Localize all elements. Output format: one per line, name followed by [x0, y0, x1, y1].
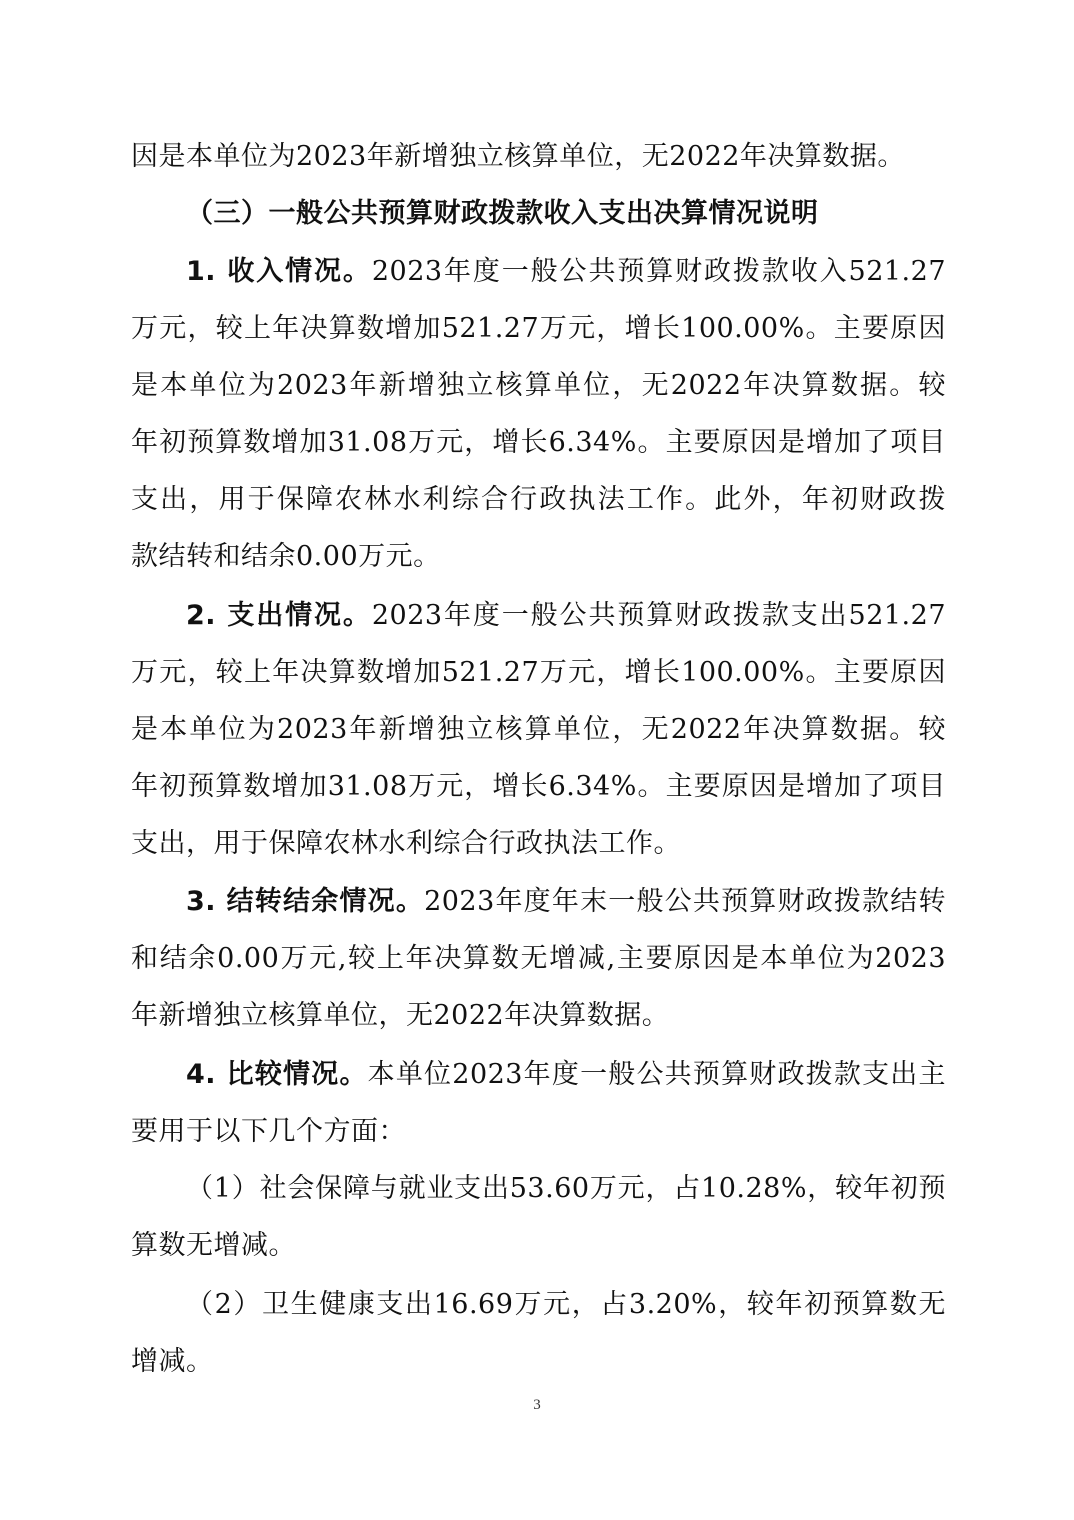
paragraph-income-line-5: 支出，用于保障农林水利综合行政执法工作。此外，年初财政拨 [131, 482, 946, 518]
document-page: 因是本单位为2023年新增独立核算单位，无2022年决算数据。 （三）一般公共预… [0, 0, 1074, 1520]
paragraph-comparison-line-1: 4. 比较情况。本单位2023年度一般公共预算财政拨款支出主 [186, 1057, 946, 1093]
paragraph-label: 1. 收入情况。 [186, 256, 372, 287]
paragraph-expenditure-line-3: 是本单位为2023年新增独立核算单位，无2022年决算数据。较 [131, 712, 946, 748]
paragraph-carryover-line-1: 3. 结转结余情况。2023年度年末一般公共预算财政拨款结转 [186, 884, 946, 920]
paragraph-expenditure-line-1: 2. 支出情况。2023年度一般公共预算财政拨款支出521.27 [186, 598, 946, 634]
paragraph-income-line-2: 万元，较上年决算数增加521.27万元，增长100.00%。主要原因 [131, 311, 946, 347]
item-social-security-line-1: （1）社会保障与就业支出53.60万元，占10.28%，较年初预 [186, 1171, 946, 1207]
item-health-line-2: 增减。 [131, 1344, 214, 1380]
paragraph-carryover-line-3: 年新增独立核算单位，无2022年决算数据。 [131, 998, 669, 1034]
paragraph-expenditure-line-5: 支出，用于保障农林水利综合行政执法工作。 [131, 826, 681, 862]
paragraph-comparison-line-2: 要用于以下几个方面： [131, 1114, 406, 1150]
paragraph-label: 3. 结转结余情况。 [186, 886, 424, 917]
paragraph-label: 2. 支出情况。 [186, 600, 372, 631]
paragraph-income-line-4: 年初预算数增加31.08万元，增长6.34%。主要原因是增加了项目 [131, 425, 946, 461]
paragraph-income-line-1: 1. 收入情况。2023年度一般公共预算财政拨款收入521.27 [186, 254, 946, 290]
page-number: 3 [0, 1397, 1074, 1414]
paragraph-text: 2023年度一般公共预算财政拨款支出521.27 [372, 600, 946, 631]
paragraph-expenditure-line-4: 年初预算数增加31.08万元，增长6.34%。主要原因是增加了项目 [131, 769, 946, 805]
paragraph-carryover-line-2: 和结余0.00万元,较上年决算数无增减,主要原因是本单位为2023 [131, 941, 946, 977]
paragraph-expenditure-line-2: 万元，较上年决算数增加521.27万元，增长100.00%。主要原因 [131, 655, 946, 691]
section-heading: （三）一般公共预算财政拨款收入支出决算情况说明 [186, 196, 819, 232]
paragraph-income-line-6: 款结转和结余0.00万元。 [131, 539, 441, 575]
carryover-line: 因是本单位为2023年新增独立核算单位，无2022年决算数据。 [131, 139, 905, 175]
paragraph-label: 4. 比较情况。 [186, 1059, 368, 1090]
paragraph-text: 本单位2023年度一般公共预算财政拨款支出主 [368, 1059, 946, 1090]
paragraph-text: 2023年度一般公共预算财政拨款收入521.27 [372, 256, 946, 287]
paragraph-income-line-3: 是本单位为2023年新增独立核算单位，无2022年决算数据。较 [131, 368, 946, 404]
item-health-line-1: （2）卫生健康支出16.69万元，占3.20%，较年初预算数无 [186, 1287, 946, 1323]
paragraph-text: 2023年度年末一般公共预算财政拨款结转 [424, 886, 946, 917]
item-social-security-line-2: 算数无增减。 [131, 1228, 296, 1264]
